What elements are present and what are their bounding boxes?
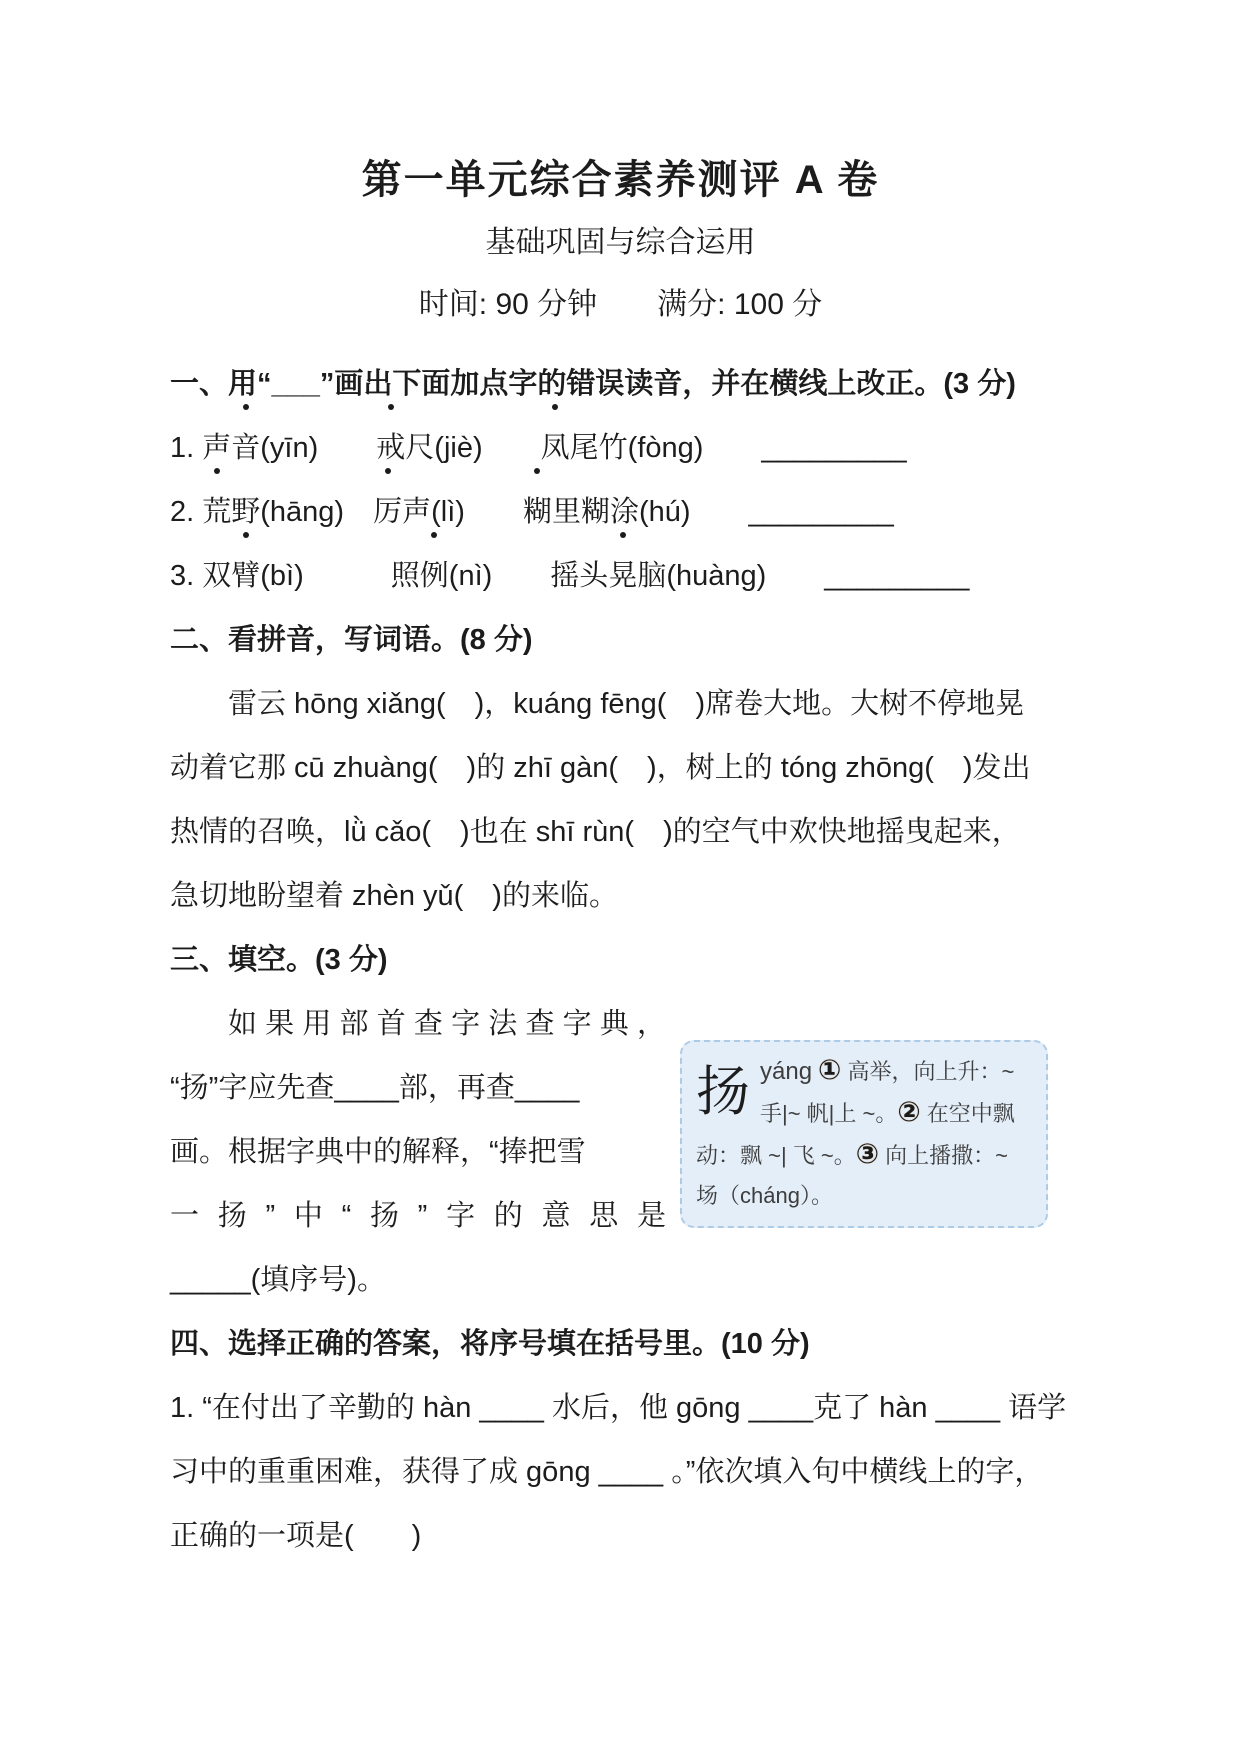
section1-items: 1. 声音(yīn) 戒尺(jiè) 凤尾竹(fòng) _________2.… <box>170 416 1073 608</box>
section2-heading: 二、看拼音，写词语。(8 分) <box>170 608 1073 672</box>
dotted-char: 戒 <box>376 416 405 480</box>
text-line: 如果用部首查字法查字典， <box>170 992 666 1056</box>
text-line: 1. 声音(yīn) 戒尺(jiè) 凤尾竹(fòng) _________ <box>170 416 1073 480</box>
page-subtitle: 基础巩固与综合运用 <box>0 226 1241 260</box>
section3-heading: 三、填空。(3 分) <box>170 928 1073 992</box>
dictionary-entry-box: 扬yáng① 高举，向上升：~ 手|~ 帆|上 ~。② 在空中飘动：飘 ~| 飞… <box>680 1040 1048 1228</box>
dotted-char: 荒 <box>202 480 231 544</box>
text-line: _____(填序号)。 <box>170 1248 666 1312</box>
text-line: “扬”字应先查____部，再查____ <box>170 1056 666 1120</box>
exam-paper: 第一单元综合素养测评 A 卷 基础巩固与综合运用 时间: 90 分钟 满分: 1… <box>0 0 1241 1754</box>
text-line: 雷云 hōng xiǎng( )，kuáng fēng( )席卷大地。大树不停地… <box>170 672 1073 736</box>
exam-content: 一、用“___”画出下面加点字的错误读音，并在横线上改正。(3 分) 1. 声音… <box>0 322 1241 1568</box>
dotted-char: 凤 <box>541 416 570 480</box>
dotted-char: 例 <box>420 544 449 608</box>
page-title: 第一单元综合素养测评 A 卷 <box>0 158 1241 202</box>
text-line: 画。根据字典中的解释，“捧把雪 <box>170 1120 666 1184</box>
text-line: 热情的召唤，lǜ cǎo( )也在 shī rùn( )的空气中欢快地摇曳起来， <box>170 800 1073 864</box>
dotted-char: 音 <box>231 416 260 480</box>
section1-heading: 一、用“___”画出下面加点字的错误读音，并在横线上改正。(3 分) <box>170 352 1073 416</box>
circled-number: ② <box>897 1096 920 1127</box>
text-line: 1. “在付出了辛勤的 hàn ____ 水后，他 gōng ____克了 hà… <box>170 1376 1073 1440</box>
section2-passage: 雷云 hōng xiǎng( )，kuáng fēng( )席卷大地。大树不停地… <box>170 672 1073 928</box>
circled-number: ① <box>818 1054 841 1085</box>
text-line: 正确的一项是( ) <box>170 1504 1073 1568</box>
dotted-char: 糊 <box>523 480 552 544</box>
text-line: 一扬”中“扬”字的意思是 <box>170 1184 666 1248</box>
dotted-char: 臂 <box>231 544 260 608</box>
text-line: 动着它那 cū zhuàng( )的 zhī gàn( )，树上的 tóng z… <box>170 736 1073 800</box>
section4-question1: 1. “在付出了辛勤的 hàn ____ 水后，他 gōng ____克了 hà… <box>170 1376 1073 1568</box>
section3-text: 如果用部首查字法查字典，“扬”字应先查____部，再查____画。根据字典中的解… <box>170 992 666 1312</box>
circled-number: ③ <box>856 1138 879 1169</box>
dict-pinyin: yáng <box>760 1058 812 1085</box>
dict-headword: 扬 <box>696 1056 750 1128</box>
text-line: 3. 双臂(bì) 照例(nì) 摇头晃脑(huàng) _________ <box>170 544 1073 608</box>
exam-meta: 时间: 90 分钟 满分: 100 分 <box>0 288 1241 322</box>
text-line: 习中的重重困难，获得了成 gōng ____ 。”依次填入句中横线上的字， <box>170 1440 1073 1504</box>
text-line: 急切地盼望着 zhèn yǔ( )的来临。 <box>170 864 1073 928</box>
dotted-char: 厉 <box>373 480 402 544</box>
section3-body: 如果用部首查字法查字典，“扬”字应先查____部，再查____画。根据字典中的解… <box>170 992 1073 1312</box>
dotted-char: 晃 <box>608 544 637 608</box>
section4-heading: 四、选择正确的答案，将序号填在括号里。(10 分) <box>170 1312 1073 1376</box>
